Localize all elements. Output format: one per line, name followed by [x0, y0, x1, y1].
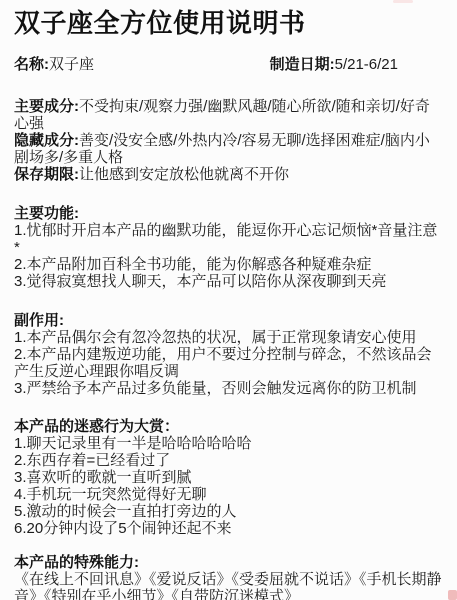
- list-item: 2.本产品内建叛逆功能，用户不要过分控制与碎念，不然该品会产生反逆心理跟你唱反调: [14, 346, 443, 380]
- section-special-abilities: 本产品的特殊能力: 《在线上不回讯息》《爱说反话》《受委屈就不说话》《手机长期静…: [14, 554, 443, 600]
- manufacture-date-value: 5/21-6/21: [335, 56, 398, 73]
- manufacture-date-label: 制造日期:: [270, 56, 335, 73]
- composition-label: 隐藏成分:: [14, 132, 79, 149]
- list-item: 1.忧郁时开启本产品的幽默功能，能逗你开心忘记烦恼*音量注意*: [14, 222, 443, 256]
- manufacture-date: 制造日期:5/21-6/21: [270, 56, 398, 74]
- composition-label: 保存期限:: [14, 166, 79, 183]
- section-heading: 本产品的迷惑行为大赏：: [14, 418, 443, 435]
- product-name-label: 名称:: [14, 56, 49, 73]
- composition-text: 让他感到安定放松他就离不开你: [79, 166, 289, 183]
- page-title: 双子座全方位使用说明书: [14, 8, 443, 38]
- list-item: 5.激动的时候会一直拍打旁边的人: [14, 503, 443, 520]
- meta-row: 名称:双子座 制造日期:5/21-6/21: [14, 56, 443, 74]
- section-heading: 本产品的特殊能力:: [14, 554, 443, 571]
- list-item: 4.手机玩一玩突然觉得好无聊: [14, 486, 443, 503]
- composition-line: 保存期限:让他感到安定放松他就离不开你: [14, 166, 443, 183]
- section-side-effects: 副作用: 1.本产品偶尔会有忽冷忽热的状况，属于正常现象请安心使用 2.本产品内…: [14, 312, 443, 397]
- list-item: 3.喜欢听的歌就一直听到腻: [14, 469, 443, 486]
- manual-page: 双子座全方位使用说明书 名称:双子座 制造日期:5/21-6/21 主要成分:不…: [0, 0, 457, 600]
- list-item: 《在线上不回讯息》《爱说反话》《受委屈就不说话》《手机长期静音》《特别在乎小细节…: [14, 571, 443, 600]
- watermark-artifact-top: [393, 0, 413, 3]
- list-item: 3.严禁给予本产品过多负能量，否则会触发远离你的防卫机制: [14, 380, 443, 397]
- list-item: 2.本产品附加百科全书功能，能为你解惑各种疑难杂症: [14, 256, 443, 273]
- composition-label: 主要成分:: [14, 98, 79, 115]
- section-heading: 主要功能:: [14, 205, 443, 222]
- product-name-value: 双子座: [49, 56, 94, 73]
- product-name: 名称:双子座: [14, 56, 94, 74]
- section-main-functions: 主要功能: 1.忧郁时开启本产品的幽默功能，能逗你开心忘记烦恼*音量注意* 2.…: [14, 205, 443, 290]
- list-item: 6.20分钟内设了5个闹钟还起不来: [14, 520, 443, 537]
- section-confusing-behaviors: 本产品的迷惑行为大赏： 1.聊天记录里有一半是哈哈哈哈哈哈 2.东西存着=已经看…: [14, 418, 443, 537]
- section-composition: 主要成分:不受拘束/观察力强/幽默风趣/随心所欲/随和亲切/好奇心强 隐藏成分:…: [14, 98, 443, 183]
- composition-line: 隐藏成分:善变/没安全感/外热内冷/容易无聊/选择困难症/脑内小剧场多/多重人格: [14, 132, 443, 166]
- composition-line: 主要成分:不受拘束/观察力强/幽默风趣/随心所欲/随和亲切/好奇心强: [14, 98, 443, 132]
- list-item: 3.觉得寂寞想找人聊天，本产品可以陪你从深夜聊到天亮: [14, 273, 443, 290]
- list-item: 2.东西存着=已经看过了: [14, 452, 443, 469]
- list-item: 1.本产品偶尔会有忽冷忽热的状况，属于正常现象请安心使用: [14, 329, 443, 346]
- watermark-artifact-bottom: [448, 590, 457, 600]
- list-item: 1.聊天记录里有一半是哈哈哈哈哈哈: [14, 435, 443, 452]
- section-heading: 副作用:: [14, 312, 443, 329]
